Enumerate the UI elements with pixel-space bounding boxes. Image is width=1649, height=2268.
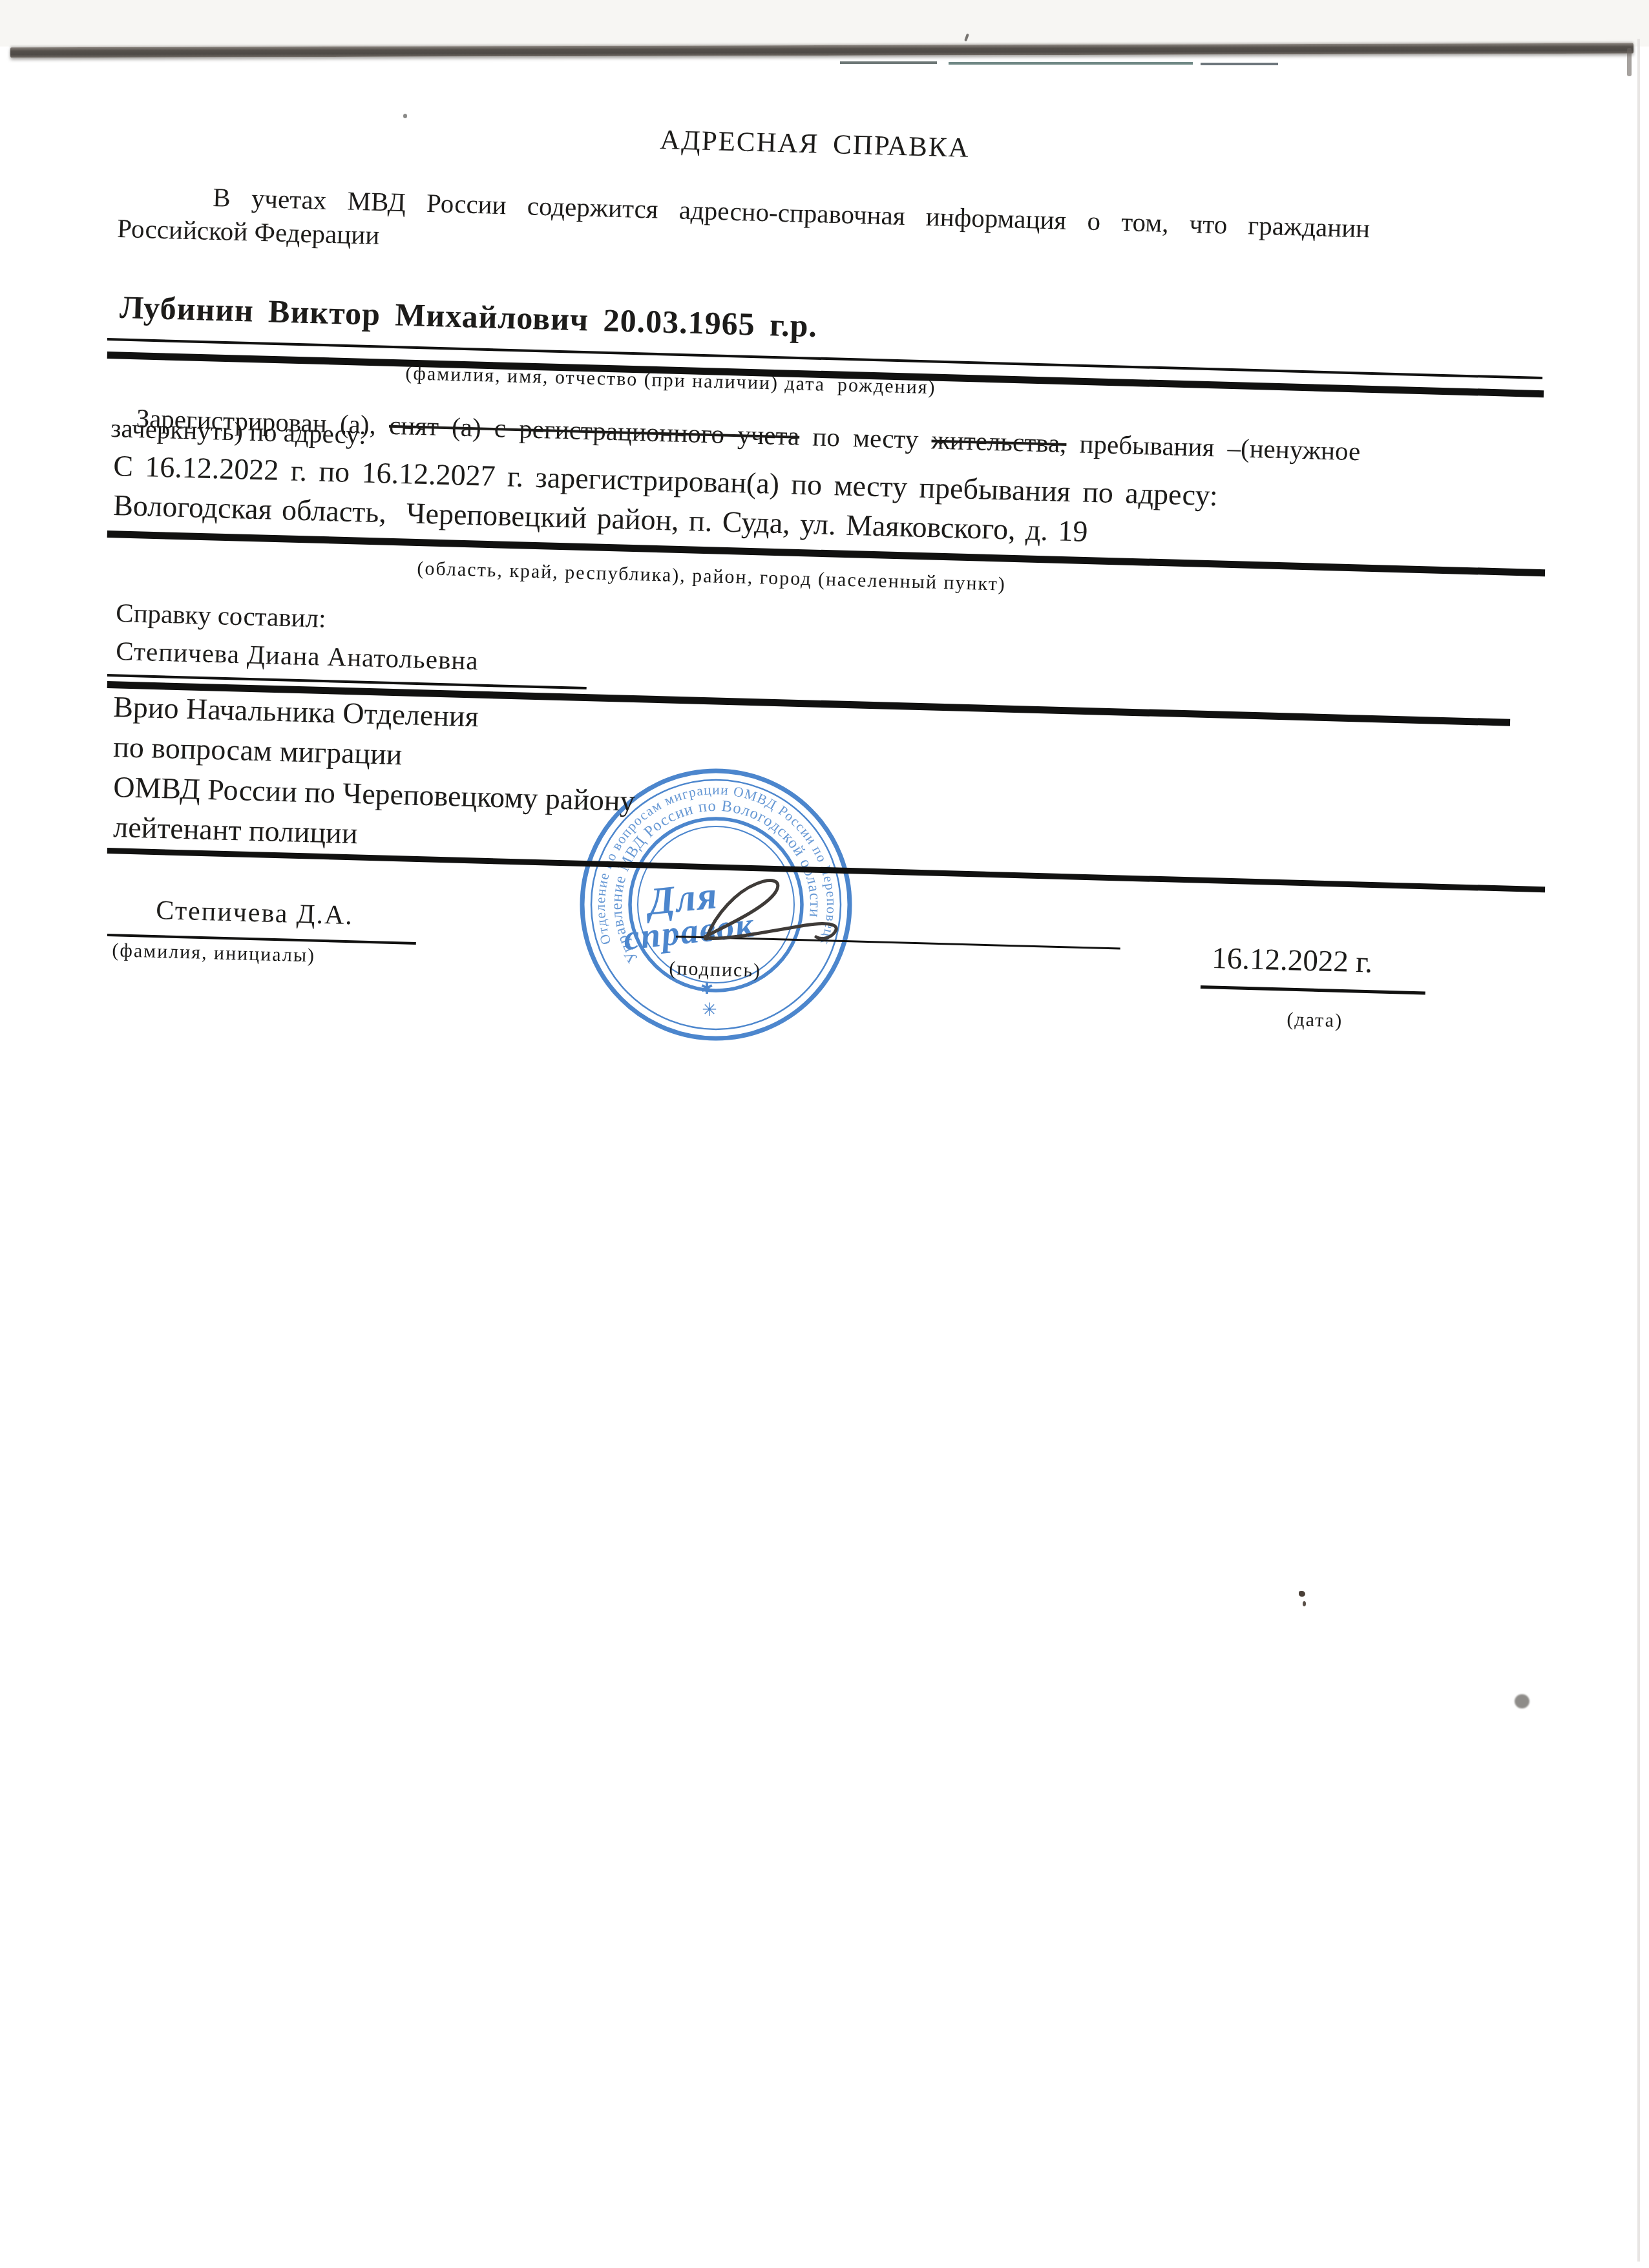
scan-speck: [403, 114, 407, 118]
registration-seg3: пребывания –(ненужное: [1066, 428, 1361, 466]
address-caption: (область, край, республика), район, горо…: [417, 558, 1006, 594]
registration-line2: зачеркнуть) по адресу:: [110, 414, 366, 449]
intro-paragraph-line1: В учетах МВД России содержится адресно-с…: [213, 184, 1371, 242]
official-position-line2: по вопросам миграции: [113, 731, 403, 770]
registration-struck-removed: снят (а) с регистрационного учета: [388, 410, 799, 451]
date-value: 16.12.2022 г.: [1212, 943, 1373, 979]
stamp-star-icon: ✱: [700, 981, 713, 998]
scan-speck: [1515, 1694, 1529, 1708]
signer-caption: (фамилия, инициалы): [112, 940, 315, 966]
signer-name: Степичева Д.А.: [156, 896, 354, 930]
scan-dash-mark: [949, 62, 1193, 65]
scan-top-margin: [0, 0, 1649, 47]
scan-dash-mark: [1201, 63, 1278, 65]
person-name-line: Лубинин Виктор Михайлович 20.03.1965 г.р…: [120, 290, 818, 343]
official-position-line4: лейтенант полиции: [113, 812, 358, 850]
official-position-line3: ОМВД России по Череповецкому району: [113, 772, 635, 817]
signature-stroke: [672, 859, 866, 956]
intro-paragraph-line2: Российской Федерации: [117, 215, 380, 249]
document-title: АДРЕСНАЯ СПРАВКА: [660, 125, 970, 163]
registration-seg2: по месту: [799, 421, 932, 455]
registration-struck-residence: жительства,: [931, 425, 1067, 458]
stamp-star-icon: ✳: [702, 1000, 717, 1020]
official-position-line1: Врио Начальника Отделения: [113, 691, 479, 733]
compiler-name: Степичева Диана Анатольевна: [116, 637, 479, 675]
scan-speck: [1299, 1591, 1305, 1597]
scanned-document-page: { "document": { "title": "АДРЕСНАЯ СПРАВ…: [0, 0, 1649, 2268]
signature-caption: (подпись): [669, 958, 761, 981]
scan-right-edge-shadow: [1637, 39, 1640, 2262]
scan-speck: [1303, 1601, 1306, 1606]
scan-edge-wisp: [1627, 48, 1632, 76]
date-caption: (дата): [1287, 1009, 1343, 1031]
compiled-by-label: Справку составил:: [116, 599, 326, 633]
date-underline: [1201, 985, 1425, 994]
scan-dash-mark: [840, 61, 937, 64]
